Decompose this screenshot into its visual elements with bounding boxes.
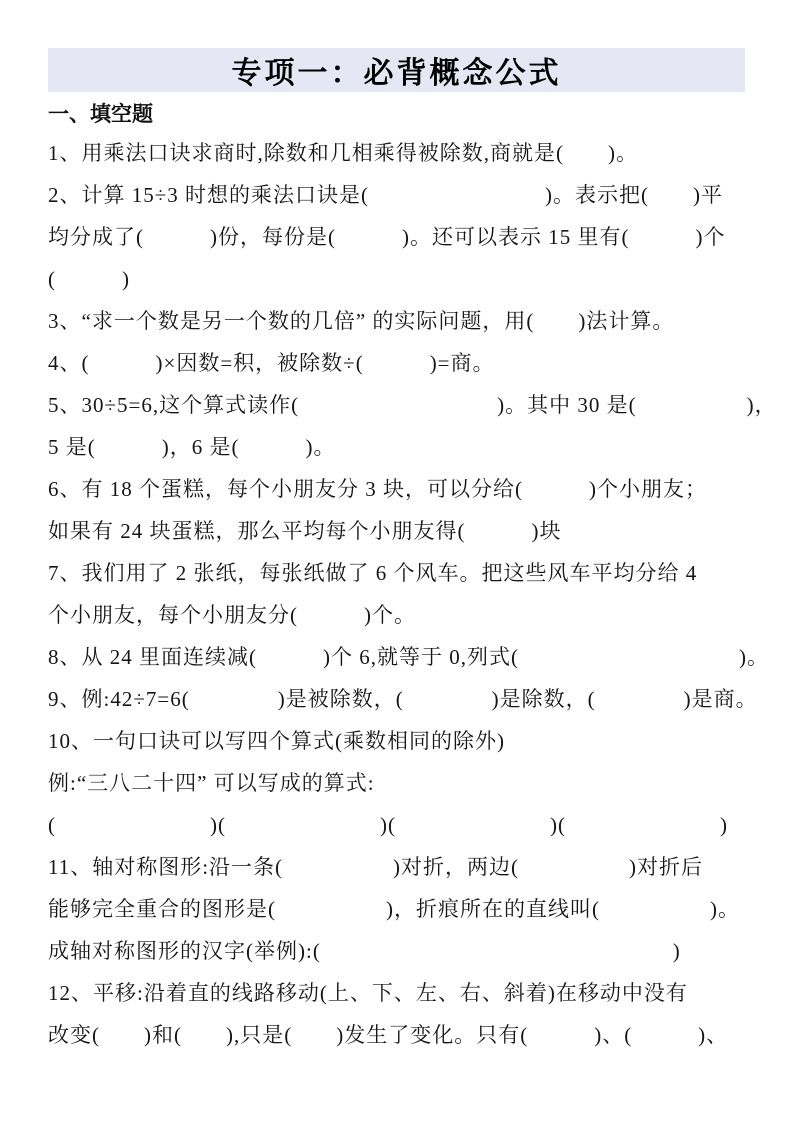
question-8: 8、从 24 里面连续减( )个 6,就等于 0,列式( )。 xyxy=(48,636,793,678)
question-line: 12、平移:沿着直的线路移动(上、下、左、右、斜着)在移动中没有 xyxy=(48,972,793,1014)
question-line: 11、轴对称图形:沿一条( )对折，两边( )对折后 xyxy=(48,846,793,888)
question-line: 6、有 18 个蛋糕，每个小朋友分 3 块，可以分给( )个小朋友； xyxy=(48,468,793,510)
question-5: 5、30÷5=6,这个算式读作( )。其中 30 是( )， 5 是( )，6 … xyxy=(48,384,793,468)
question-1: 1、用乘法口诀求商时,除数和几相乘得被除数,商就是( )。 xyxy=(48,132,793,174)
title-bar: 专项一：必背概念公式 xyxy=(48,48,745,92)
question-line: 均分成了( )份，每份是( )。还可以表示 15 里有( )个 xyxy=(48,216,793,258)
question-line: 2、计算 15÷3 时想的乘法口诀是( )。表示把( )平 xyxy=(48,174,793,216)
question-line: 如果有 24 块蛋糕，那么平均每个小朋友得( )块 xyxy=(48,510,793,552)
page-title: 专项一：必背概念公式 xyxy=(232,48,562,92)
question-line: 5 是( )，6 是( )。 xyxy=(48,426,793,468)
question-line: 8、从 24 里面连续减( )个 6,就等于 0,列式( )。 xyxy=(48,636,793,678)
question-10: 10、一句口诀可以写四个算式(乘数相同的除外) 例:“三八二十四” 可以写成的算… xyxy=(48,720,793,846)
question-line: 5、30÷5=6,这个算式读作( )。其中 30 是( )， xyxy=(48,384,793,426)
question-9: 9、例:42÷7=6( )是被除数，( )是除数，( )是商。 xyxy=(48,678,793,720)
worksheet-page: 专项一：必背概念公式 一、填空题 1、用乘法口诀求商时,除数和几相乘得被除数,商… xyxy=(0,0,793,1122)
question-line: 3、“求一个数是另一个数的几倍” 的实际问题，用( )法计算。 xyxy=(48,300,793,342)
question-line: 例:“三八二十四” 可以写成的算式: xyxy=(48,762,793,804)
question-4: 4、( )×因数=积，被除数÷( )=商。 xyxy=(48,342,793,384)
question-line: 10、一句口诀可以写四个算式(乘数相同的除外) xyxy=(48,720,793,762)
question-12: 12、平移:沿着直的线路移动(上、下、左、右、斜着)在移动中没有 改变( )和(… xyxy=(48,972,793,1056)
question-line: 能够完全重合的图形是( )，折痕所在的直线叫( )。 xyxy=(48,888,793,930)
question-line: 个小朋友，每个小朋友分( )个。 xyxy=(48,594,793,636)
question-3: 3、“求一个数是另一个数的几倍” 的实际问题，用( )法计算。 xyxy=(48,300,793,342)
question-11: 11、轴对称图形:沿一条( )对折，两边( )对折后 能够完全重合的图形是( )… xyxy=(48,846,793,972)
question-line: 7、我们用了 2 张纸，每张纸做了 6 个风车。把这些风车平均分给 4 xyxy=(48,552,793,594)
question-line: ( ) xyxy=(48,258,793,300)
question-line: 改变( )和( ),只是( )发生了变化。只有( )、( )、 xyxy=(48,1014,793,1056)
question-line: 1、用乘法口诀求商时,除数和几相乘得被除数,商就是( )。 xyxy=(48,132,793,174)
question-6: 6、有 18 个蛋糕，每个小朋友分 3 块，可以分给( )个小朋友； 如果有 2… xyxy=(48,468,793,552)
question-7: 7、我们用了 2 张纸，每张纸做了 6 个风车。把这些风车平均分给 4 个小朋友… xyxy=(48,552,793,636)
question-list: 1、用乘法口诀求商时,除数和几相乘得被除数,商就是( )。 2、计算 15÷3 … xyxy=(48,132,793,1056)
question-line: 4、( )×因数=积，被除数÷( )=商。 xyxy=(48,342,793,384)
question-line: 成轴对称图形的汉字(举例):( ) xyxy=(48,930,793,972)
question-2: 2、计算 15÷3 时想的乘法口诀是( )。表示把( )平 均分成了( )份，每… xyxy=(48,174,793,300)
question-line: ( )( )( )( ) xyxy=(48,804,793,846)
section-heading: 一、填空题 xyxy=(48,100,793,130)
question-line: 9、例:42÷7=6( )是被除数，( )是除数，( )是商。 xyxy=(48,678,793,720)
